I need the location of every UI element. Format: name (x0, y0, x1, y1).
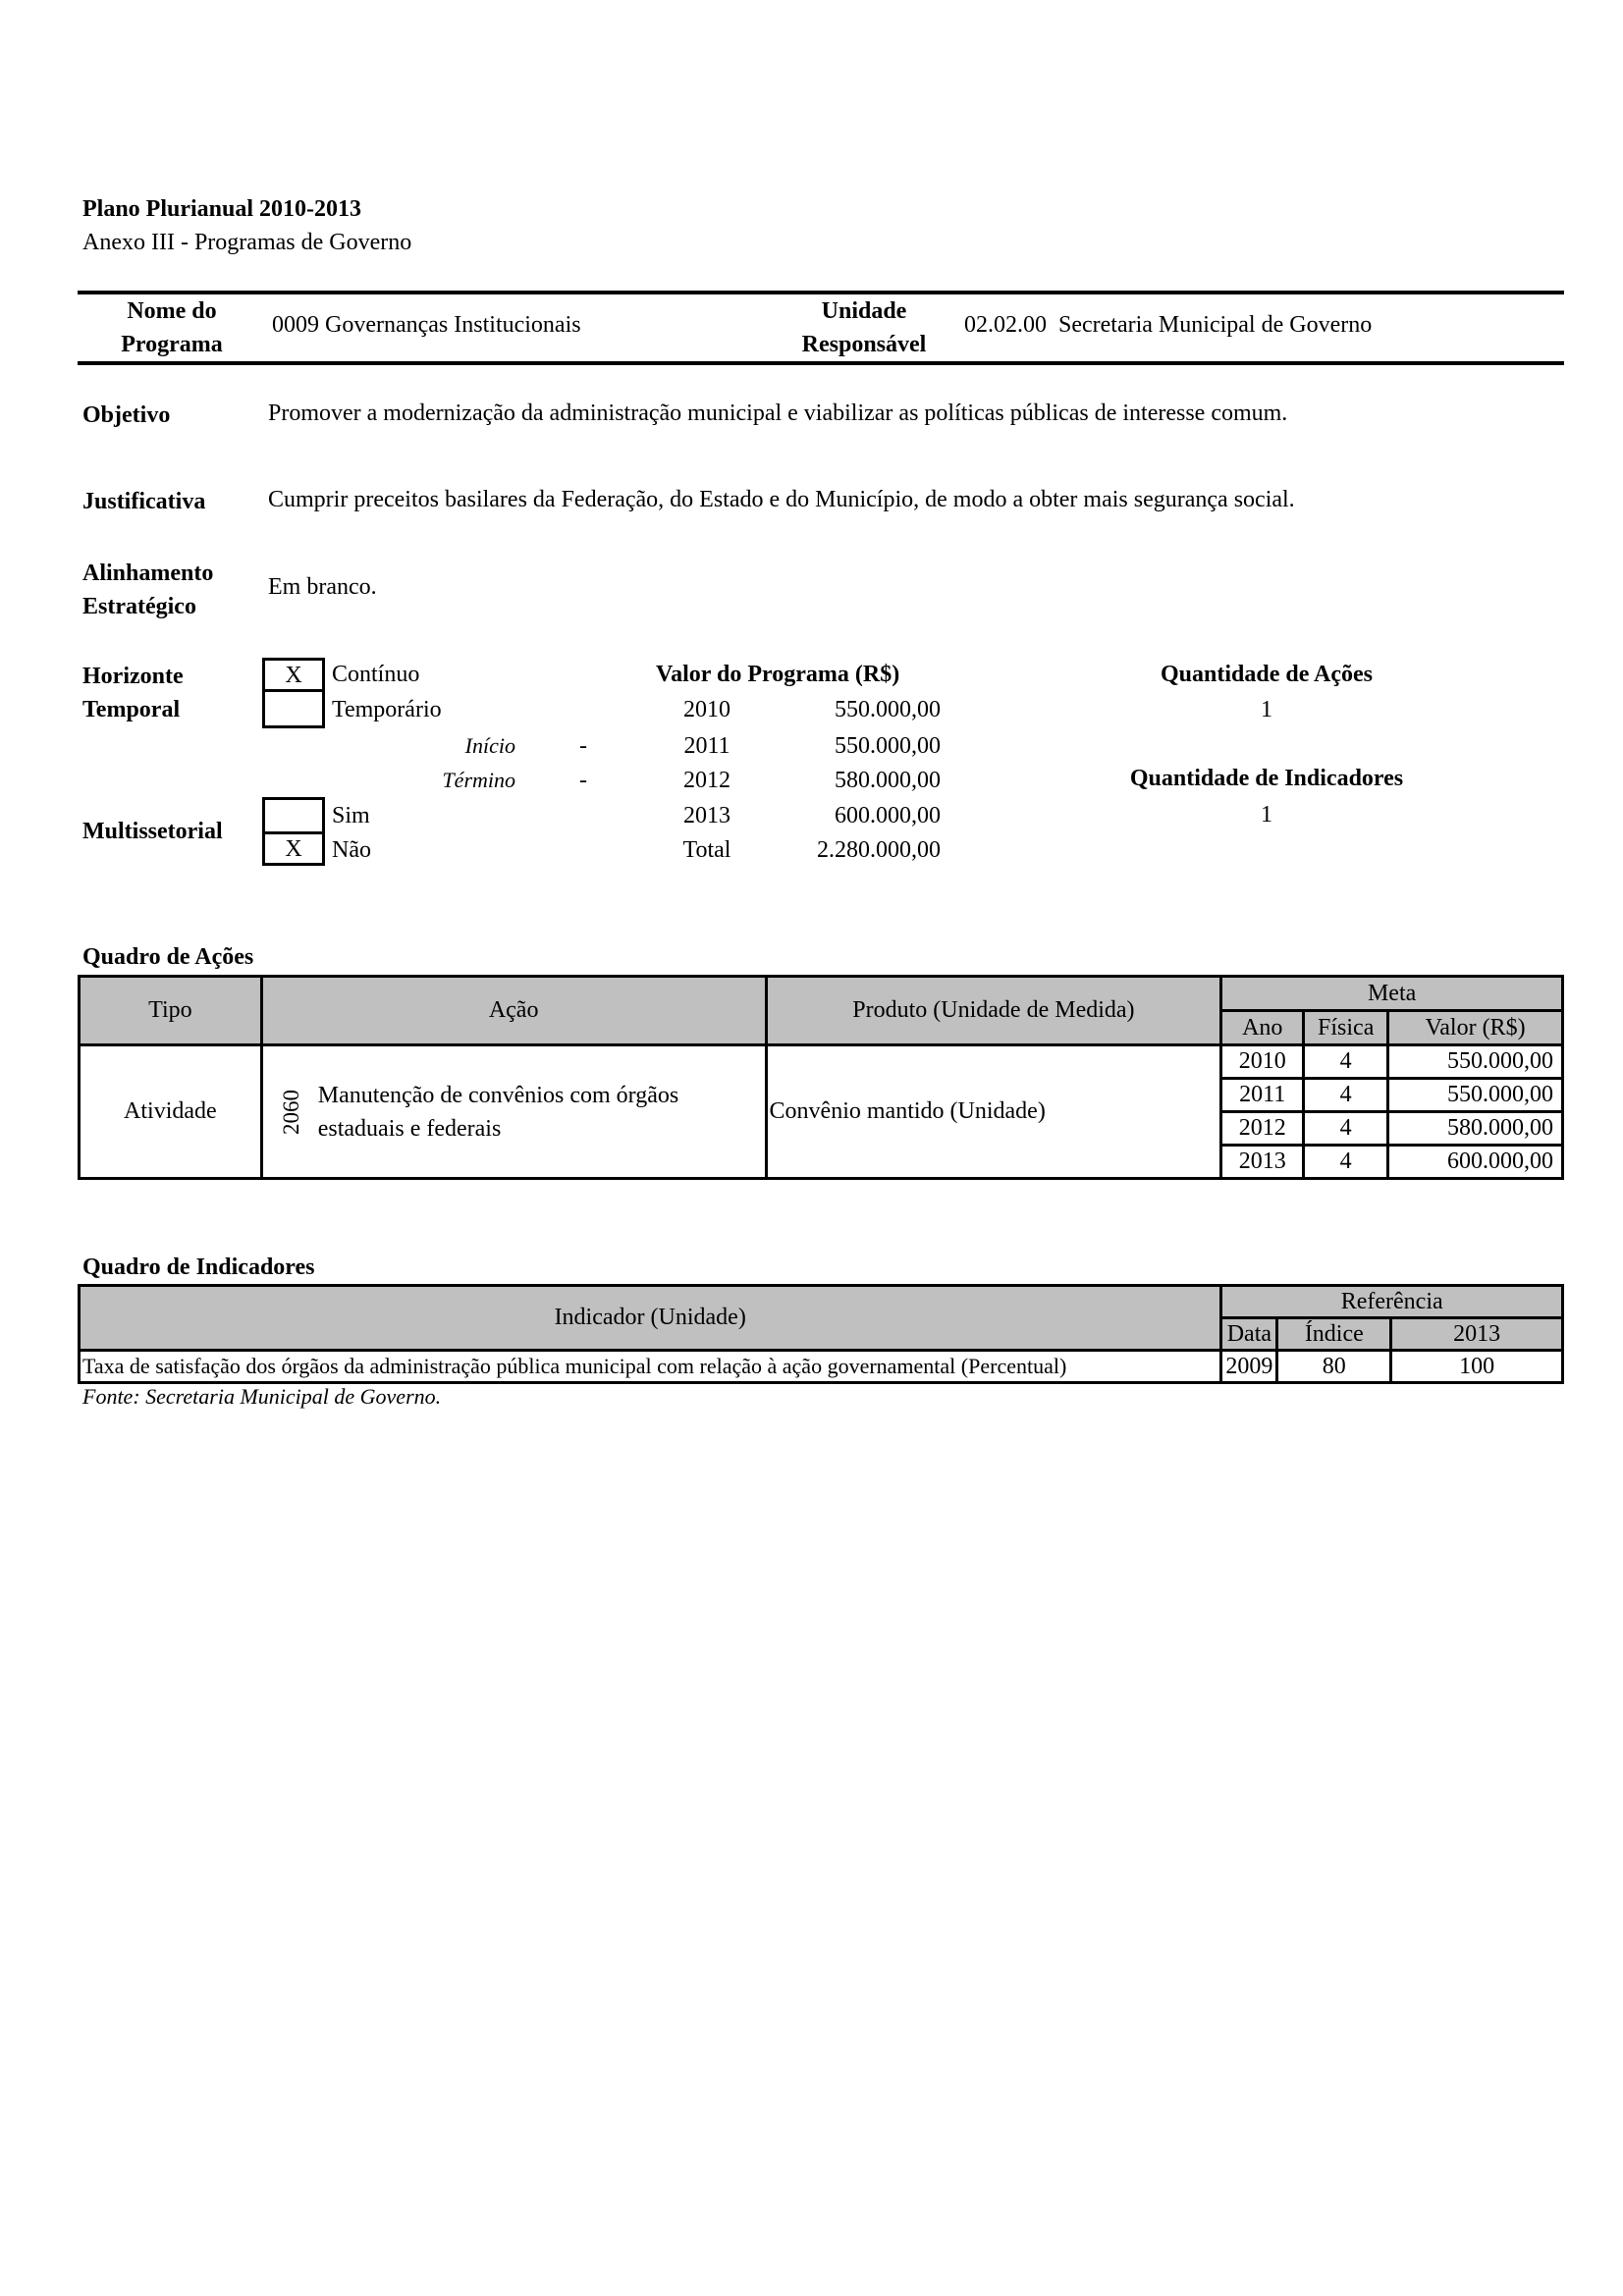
acao-descricao-line2: estaduais e federais (318, 1112, 678, 1146)
program-name: Governanças Institucionais (325, 312, 581, 338)
meta-ano: 2012 (1221, 1112, 1304, 1146)
acao-cell: 2060 Manutenção de convênios com órgãos … (261, 1045, 766, 1179)
temporario-label: Temporário (332, 697, 442, 723)
unit-code: 02.02.00 (964, 312, 1047, 338)
quantidade-acoes-value: 1 (1060, 697, 1473, 723)
quantidade-indicadores-label: Quantidade de Indicadores (1060, 766, 1473, 792)
header-data: Data (1221, 1318, 1277, 1351)
nao-label: Não (332, 837, 371, 864)
valor-programa-year: 2012 (653, 768, 761, 794)
meta-valor: 550.000,00 (1388, 1079, 1563, 1112)
unit-label: Unidade Responsável (785, 294, 943, 361)
document-title: Plano Plurianual 2010-2013 (82, 196, 361, 223)
header-indicador: Indicador (Unidade) (80, 1286, 1221, 1351)
meta-valor: 600.000,00 (1388, 1146, 1563, 1179)
sim-label: Sim (332, 803, 370, 829)
alinhamento-label-line2: Estratégico (82, 590, 213, 623)
indicador-nome: Taxa de satisfação dos órgãos da adminis… (80, 1351, 1221, 1383)
meta-ano: 2013 (1221, 1146, 1304, 1179)
header-tipo: Tipo (80, 977, 262, 1045)
valor-programa-value: 580.000,00 (746, 768, 941, 794)
horizonte-label-line2: Temporal (82, 693, 184, 726)
quantidade-indicadores-value: 1 (1060, 802, 1473, 828)
termino-label: Término (373, 768, 515, 793)
quadro-acoes-table: Tipo Ação Produto (Unidade de Medida) Me… (78, 975, 1564, 1180)
acao-codigo: 2060 (279, 1090, 304, 1135)
header-bottom-rule (78, 361, 1564, 365)
valor-programa-value: 550.000,00 (746, 697, 941, 723)
program-value: 0009 Governanças Institucionais (272, 312, 581, 339)
quadro-indicadores-title: Quadro de Indicadores (82, 1255, 315, 1281)
horizonte-label: Horizonte Temporal (82, 660, 184, 726)
header-fisica: Física (1304, 1011, 1388, 1045)
continuo-label: Contínuo (332, 662, 419, 688)
nao-checkbox[interactable]: X (262, 831, 325, 866)
meta-fisica: 4 (1304, 1045, 1388, 1079)
header-ano: Ano (1221, 1011, 1304, 1045)
valor-programa-year: 2010 (653, 697, 761, 723)
valor-programa-year: 2013 (653, 803, 761, 829)
program-code: 0009 (272, 312, 319, 338)
quadro-acoes-title: Quadro de Ações (82, 944, 253, 971)
quadro-indicadores-table: Indicador (Unidade) Referência Data Índi… (78, 1284, 1564, 1384)
header-acao: Ação (261, 977, 766, 1045)
meta-fisica: 4 (1304, 1112, 1388, 1146)
indicador-data: 2009 (1221, 1351, 1277, 1383)
termino-value: - (579, 768, 587, 794)
inicio-label: Início (373, 733, 515, 759)
meta-ano: 2011 (1221, 1079, 1304, 1112)
table-row: Atividade 2060 Manutenção de convênios c… (80, 1045, 1563, 1079)
alinhamento-text: Em branco. (268, 574, 377, 601)
valor-programa-value: 550.000,00 (746, 733, 941, 760)
header-referencia: Referência (1221, 1286, 1563, 1318)
meta-fisica: 4 (1304, 1146, 1388, 1179)
acao-tipo: Atividade (80, 1045, 262, 1179)
justificativa-label: Justificativa (82, 489, 205, 515)
fonte-note: Fonte: Secretaria Municipal de Governo. (82, 1384, 441, 1410)
header-valor: Valor (R$) (1388, 1011, 1563, 1045)
sim-checkbox[interactable] (262, 797, 325, 834)
justificativa-text: Cumprir preceitos basilares da Federação… (268, 487, 1295, 513)
header-meta: Meta (1221, 977, 1563, 1011)
meta-ano: 2010 (1221, 1045, 1304, 1079)
unit-name: Secretaria Municipal de Governo (1058, 312, 1372, 338)
header-indice: Índice (1277, 1318, 1391, 1351)
table-row: Taxa de satisfação dos órgãos da adminis… (80, 1351, 1563, 1383)
inicio-value: - (579, 733, 587, 760)
program-name-label: Nome do Programa (108, 294, 236, 361)
temporario-checkbox[interactable] (262, 689, 325, 728)
valor-programa-year: Total (653, 837, 761, 864)
valor-programa-title: Valor do Programa (R$) (656, 662, 899, 688)
acao-descricao-line1: Manutenção de convênios com órgãos (318, 1079, 678, 1112)
objetivo-text: Promover a modernização da administração… (268, 400, 1287, 427)
unit-label-line1: Unidade (785, 294, 943, 328)
alinhamento-label: Alinhamento Estratégico (82, 557, 213, 623)
valor-programa-value: 2.280.000,00 (746, 837, 941, 864)
valor-programa-year: 2011 (653, 733, 761, 760)
continuo-checkbox[interactable]: X (262, 658, 325, 692)
quantidade-acoes-label: Quantidade de Ações (1060, 662, 1473, 688)
alinhamento-label-line1: Alinhamento (82, 557, 213, 590)
meta-valor: 580.000,00 (1388, 1112, 1563, 1146)
unit-label-line2: Responsável (785, 328, 943, 361)
meta-valor: 550.000,00 (1388, 1045, 1563, 1079)
indicador-meta: 100 (1391, 1351, 1563, 1383)
document-subtitle: Anexo III - Programas de Governo (82, 230, 411, 256)
objetivo-label: Objetivo (82, 402, 170, 429)
program-name-label-line2: Programa (108, 328, 236, 361)
meta-fisica: 4 (1304, 1079, 1388, 1112)
program-name-label-line1: Nome do (108, 294, 236, 328)
unit-value: 02.02.00 Secretaria Municipal de Governo (964, 312, 1372, 339)
horizonte-label-line1: Horizonte (82, 660, 184, 693)
multissetorial-label: Multissetorial (82, 819, 223, 845)
valor-programa-value: 600.000,00 (746, 803, 941, 829)
header-ano: 2013 (1391, 1318, 1563, 1351)
acao-produto: Convênio mantido (Unidade) (766, 1045, 1221, 1179)
header-produto: Produto (Unidade de Medida) (766, 977, 1221, 1045)
indicador-indice: 80 (1277, 1351, 1391, 1383)
